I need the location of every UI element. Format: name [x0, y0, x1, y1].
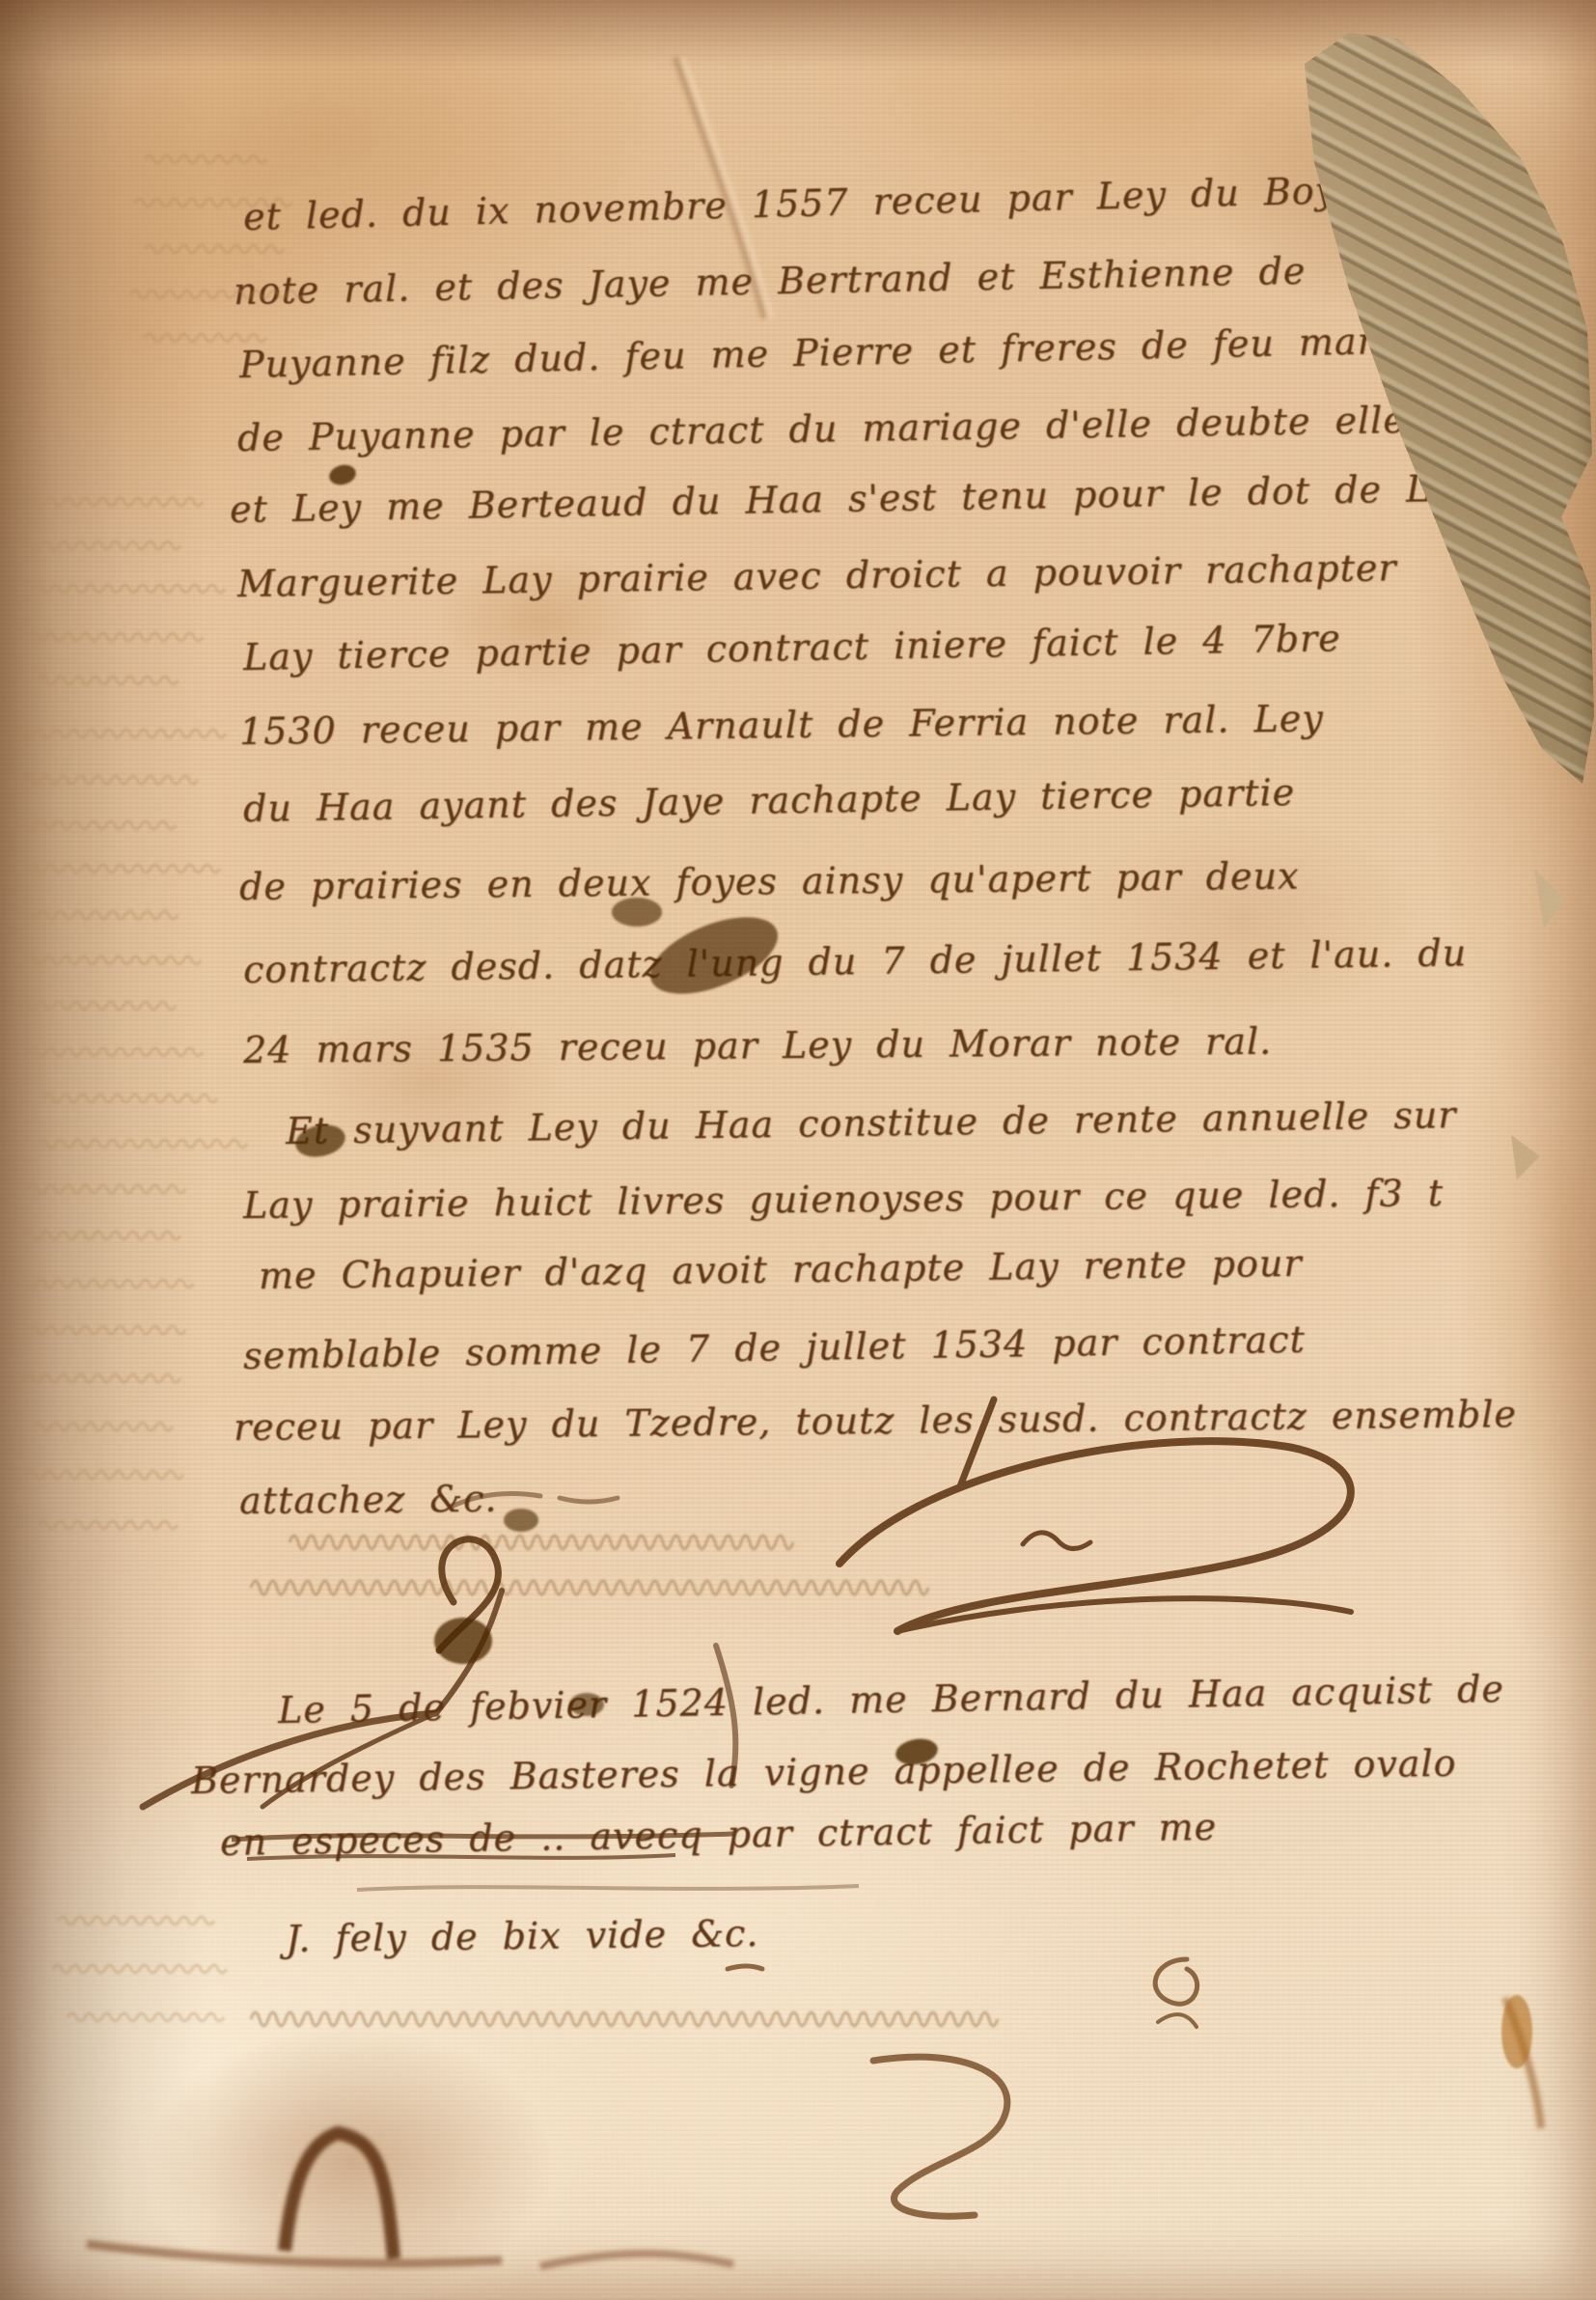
manuscript-line: 24 mars 1535 receu par Ley du Morar note…: [243, 1020, 1272, 1071]
manuscript-page: et led. du ix novembre 1557 receu par Le…: [0, 0, 1596, 2300]
manuscript-line: en especes de .. avecq par ctract faict …: [220, 1806, 1218, 1864]
handwriting-layer: et led. du ix novembre 1557 receu par Le…: [0, 0, 1596, 2300]
manuscript-line: Bernardey des Basteres la vigne appellee…: [191, 1742, 1457, 1802]
manuscript-page-wrapper: et led. du ix novembre 1557 receu par Le…: [0, 0, 1596, 2300]
manuscript-line: et led. du ix novembre 1557 receu par Le…: [242, 169, 1357, 238]
manuscript-line: semblable somme le 7 de jullet 1534 par …: [243, 1318, 1306, 1377]
manuscript-line: Et suyvant Ley du Haa constitue de rente…: [286, 1094, 1457, 1152]
manuscript-line: 1530 receu par me Arnault de Ferria note…: [239, 697, 1324, 753]
manuscript-line: Puyanne filz dud. feu me Pierre et frere…: [239, 319, 1440, 386]
manuscript-line: receu par Ley du Tzedre, toutz les susd.…: [234, 1393, 1517, 1449]
manuscript-line: Lay tierce partie par contract iniere fa…: [243, 617, 1341, 679]
photograph-of-manuscript: { "palette": { "wood_orange": "#c8551c",…: [0, 0, 1596, 2300]
manuscript-line: Lay prairie huict livres guienoyses pour…: [243, 1172, 1444, 1227]
manuscript-line: Marguerite Lay prairie avec droict a pou…: [237, 546, 1397, 605]
manuscript-line: Le 5 de febvier 1524 led. me Bernard du …: [278, 1668, 1505, 1732]
manuscript-line: de Puyanne par le ctract du mariage d'el…: [237, 399, 1406, 459]
manuscript-line: du Haa ayant des Jaye rachapte Lay tierc…: [243, 771, 1296, 830]
manuscript-line: de prairies en deux foyes ainsy qu'apert…: [239, 854, 1300, 907]
manuscript-line: et Ley me Berteaud du Haa s'est tenu pou…: [230, 466, 1476, 531]
manuscript-line: attachez &c.: [239, 1478, 498, 1522]
manuscript-line: contractz desd. datz l'ung du 7 de julle…: [243, 931, 1468, 991]
manuscript-line: me Chapuier d'azq avoit rachapte Lay ren…: [259, 1242, 1303, 1297]
manuscript-line: note ral. et des Jaye me Bertrand et Est…: [234, 250, 1307, 313]
manuscript-line: J. fely de bix vide &c.: [286, 1912, 759, 1960]
